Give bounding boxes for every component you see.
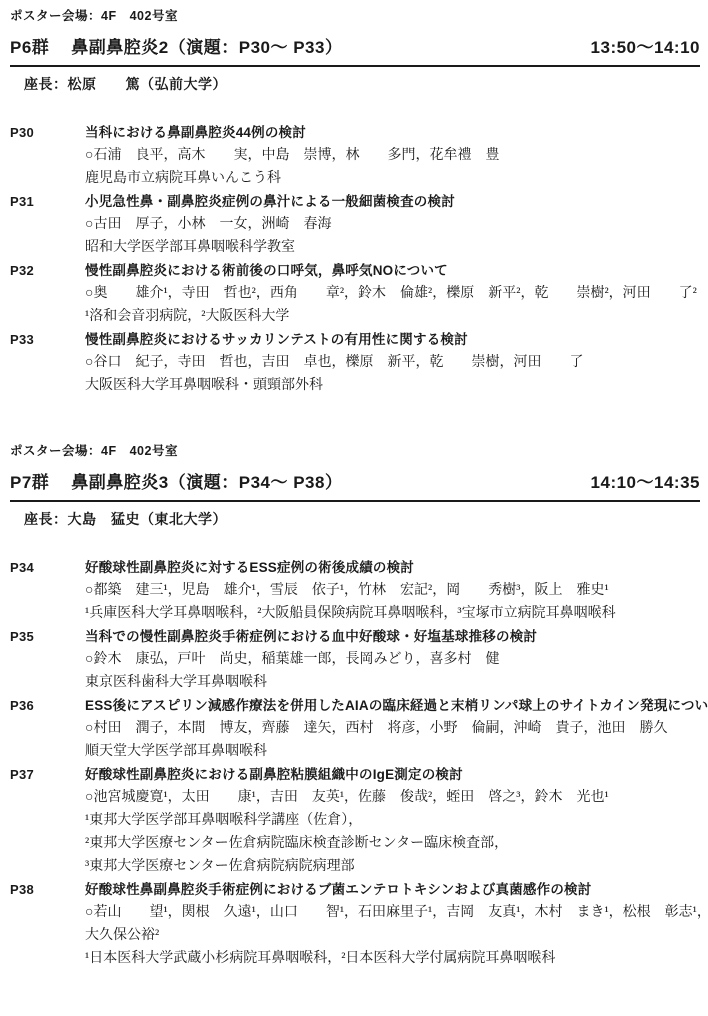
- presentation-authors: ○石浦 良平，高木 実，中島 崇博，林 多門，花牟禮 豊: [85, 144, 700, 167]
- presentation-affiliation: 昭和大学医学部耳鼻咽喉科学教室: [85, 236, 700, 259]
- presentation-authors: ○奥 雄介¹，寺田 哲也²，西角 章²，鈴木 倫雄²，櫟原 新平²，乾 崇樹²，…: [85, 282, 700, 305]
- presentation-body: 当科での慢性副鼻腔炎手術症例における血中好酸球・好塩基球推移の検討 ○鈴木 康弘…: [85, 625, 700, 694]
- presentation-affiliation: ¹洛和会音羽病院，²大阪医科大学: [85, 305, 700, 328]
- presentation-code: P32: [10, 259, 85, 282]
- presentation-entry: P34 好酸球性副鼻腔炎に対するESS症例の術後成績の検討 ○都築 建三¹，児島…: [10, 556, 700, 625]
- presentation-authors: ○鈴木 康弘，戸叶 尚史，稲葉雄一郎，長岡みどり，喜多村 健: [85, 648, 700, 671]
- presentation-entry: P38 好酸球性鼻副鼻腔炎手術症例におけるブ菌エンテロトキシンおよび真菌感作の検…: [10, 878, 700, 970]
- session-entries: P34 好酸球性副鼻腔炎に対するESS症例の術後成績の検討 ○都築 建三¹，児島…: [10, 556, 700, 970]
- presentation-entry: P35 当科での慢性副鼻腔炎手術症例における血中好酸球・好塩基球推移の検討 ○鈴…: [10, 625, 700, 694]
- session-p6: ポスター会場：4F 402号室 P6群鼻副鼻腔炎2（演題：P30～ P33） 1…: [10, 8, 700, 397]
- presentation-authors: ○村田 潤子，本間 博友，齊藤 達矢，西村 将彦，小野 倫嗣，沖崎 貴子，池田 …: [85, 717, 700, 740]
- session-p7: ポスター会場：4F 402号室 P7群鼻副鼻腔炎3（演題：P34～ P38） 1…: [10, 443, 700, 970]
- presentation-entry: P37 好酸球性副鼻腔炎における副鼻腔粘膜組織中のIgE測定の検討 ○池宮城慶寛…: [10, 763, 700, 878]
- session-title-row: P6群鼻副鼻腔炎2（演題：P30～ P33）: [10, 33, 342, 58]
- presentation-affiliation: ³東邦大学医療センター佐倉病院病院病理部: [85, 855, 700, 878]
- presentation-title: 当科における鼻副鼻腔炎44例の検討: [85, 121, 700, 144]
- venue-label: ポスター会場：4F 402号室: [10, 8, 700, 24]
- session-group: P7群: [10, 473, 49, 492]
- session-time: 14:10～14:35: [591, 468, 700, 493]
- presentation-title: ESS後にアスピリン減感作療法を併用したAIAの臨床経過と末梢リンパ球上のサイト…: [85, 694, 700, 717]
- presentation-code: P31: [10, 190, 85, 213]
- presentation-code: P35: [10, 625, 85, 648]
- presentation-entry: P30 当科における鼻副鼻腔炎44例の検討 ○石浦 良平，高木 実，中島 崇博，…: [10, 121, 700, 190]
- presentation-entry: P31 小児急性鼻・副鼻腔炎症例の鼻汁による一般細菌検査の検討 ○古田 厚子，小…: [10, 190, 700, 259]
- presentation-title: 好酸球性副鼻腔炎における副鼻腔粘膜組織中のIgE測定の検討: [85, 763, 700, 786]
- presentation-body: ESS後にアスピリン減感作療法を併用したAIAの臨床経過と末梢リンパ球上のサイト…: [85, 694, 700, 763]
- presentation-authors: ○池宮城慶寛¹，太田 康¹，吉田 友英¹，佐藤 俊哉²，蛭田 啓之³，鈴木 光也…: [85, 786, 700, 809]
- presentation-authors: ○古田 厚子，小林 一女，洲崎 春海: [85, 213, 700, 236]
- presentation-body: 慢性副鼻腔炎における術前後の口呼気，鼻呼気NOについて ○奥 雄介¹，寺田 哲也…: [85, 259, 700, 328]
- presentation-code: P33: [10, 328, 85, 351]
- presentation-affiliation: ¹東邦大学医学部耳鼻咽喉科学講座（佐倉），: [85, 809, 700, 832]
- presentation-affiliation: ¹日本医科大学武蔵小杉病院耳鼻咽喉科，²日本医科大学付属病院耳鼻咽喉科: [85, 947, 700, 970]
- program-page: ポスター会場：4F 402号室 P6群鼻副鼻腔炎2（演題：P30～ P33） 1…: [0, 0, 708, 970]
- session-time: 13:50～14:10: [591, 33, 700, 58]
- presentation-title: 当科での慢性副鼻腔炎手術症例における血中好酸球・好塩基球推移の検討: [85, 625, 700, 648]
- presentation-body: 好酸球性鼻副鼻腔炎手術症例におけるブ菌エンテロトキシンおよび真菌感作の検討 ○若…: [85, 878, 700, 970]
- presentation-title: 慢性副鼻腔炎におけるサッカリンテストの有用性に関する検討: [85, 328, 700, 351]
- session-entries: P30 当科における鼻副鼻腔炎44例の検討 ○石浦 良平，高木 実，中島 崇博，…: [10, 121, 700, 397]
- presentation-affiliation: ²東邦大学医療センター佐倉病院臨床検査診断センター臨床検査部，: [85, 832, 700, 855]
- presentation-title: 好酸球性鼻副鼻腔炎手術症例におけるブ菌エンテロトキシンおよび真菌感作の検討: [85, 878, 700, 901]
- session-chair: 座長：大島 猛史（東北大学）: [10, 510, 700, 528]
- presentation-body: 当科における鼻副鼻腔炎44例の検討 ○石浦 良平，高木 実，中島 崇博，林 多門…: [85, 121, 700, 190]
- presentation-affiliation: ¹兵庫医科大学耳鼻咽喉科，²大阪船員保険病院耳鼻咽喉科，³宝塚市立病院耳鼻咽喉科: [85, 602, 700, 625]
- presentation-affiliation: 大阪医科大学耳鼻咽喉科・頭頸部外科: [85, 374, 700, 397]
- presentation-affiliation: 鹿児島市立病院耳鼻いんこう科: [85, 167, 700, 190]
- presentation-authors: ○谷口 紀子，寺田 哲也，吉田 卓也，櫟原 新平，乾 崇樹，河田 了: [85, 351, 700, 374]
- presentation-code: P34: [10, 556, 85, 579]
- presentation-code: P36: [10, 694, 85, 717]
- presentation-entry: P33 慢性副鼻腔炎におけるサッカリンテストの有用性に関する検討 ○谷口 紀子，…: [10, 328, 700, 397]
- session-header: P7群鼻副鼻腔炎3（演題：P34～ P38） 14:10～14:35: [10, 468, 700, 502]
- presentation-authors: ○都築 建三¹，児島 雄介¹，雪辰 依子¹，竹林 宏記²，岡 秀樹³，阪上 雅史…: [85, 579, 700, 602]
- presentation-body: 慢性副鼻腔炎におけるサッカリンテストの有用性に関する検討 ○谷口 紀子，寺田 哲…: [85, 328, 700, 397]
- presentation-code: P38: [10, 878, 85, 901]
- presentation-title: 慢性副鼻腔炎における術前後の口呼気，鼻呼気NOについて: [85, 259, 700, 282]
- presentation-entry: P36 ESS後にアスピリン減感作療法を併用したAIAの臨床経過と末梢リンパ球上…: [10, 694, 700, 763]
- presentation-affiliation: 東京医科歯科大学耳鼻咽喉科: [85, 671, 700, 694]
- presentation-authors: 大久保公裕²: [85, 924, 700, 947]
- presentation-affiliation: 順天堂大学医学部耳鼻咽喉科: [85, 740, 700, 763]
- presentation-title: 好酸球性副鼻腔炎に対するESS症例の術後成績の検討: [85, 556, 700, 579]
- session-group: P6群: [10, 38, 49, 57]
- session-header: P6群鼻副鼻腔炎2（演題：P30～ P33） 13:50～14:10: [10, 33, 700, 67]
- presentation-code: P30: [10, 121, 85, 144]
- presentation-code: P37: [10, 763, 85, 786]
- presentation-body: 小児急性鼻・副鼻腔炎症例の鼻汁による一般細菌検査の検討 ○古田 厚子，小林 一女…: [85, 190, 700, 259]
- presentation-title: 小児急性鼻・副鼻腔炎症例の鼻汁による一般細菌検査の検討: [85, 190, 700, 213]
- session-title-row: P7群鼻副鼻腔炎3（演題：P34～ P38）: [10, 468, 342, 493]
- session-chair: 座長：松原 篤（弘前大学）: [10, 75, 700, 93]
- session-title: 鼻副鼻腔炎2（演題：P30～ P33）: [71, 38, 342, 57]
- venue-label: ポスター会場：4F 402号室: [10, 443, 700, 459]
- presentation-authors: ○若山 望¹，関根 久遠¹，山口 智¹，石田麻里子¹，吉岡 友真¹，木村 まき¹…: [85, 901, 700, 924]
- session-title: 鼻副鼻腔炎3（演題：P34～ P38）: [71, 473, 342, 492]
- presentation-body: 好酸球性副鼻腔炎における副鼻腔粘膜組織中のIgE測定の検討 ○池宮城慶寛¹，太田…: [85, 763, 700, 878]
- presentation-body: 好酸球性副鼻腔炎に対するESS症例の術後成績の検討 ○都築 建三¹，児島 雄介¹…: [85, 556, 700, 625]
- presentation-entry: P32 慢性副鼻腔炎における術前後の口呼気，鼻呼気NOについて ○奥 雄介¹，寺…: [10, 259, 700, 328]
